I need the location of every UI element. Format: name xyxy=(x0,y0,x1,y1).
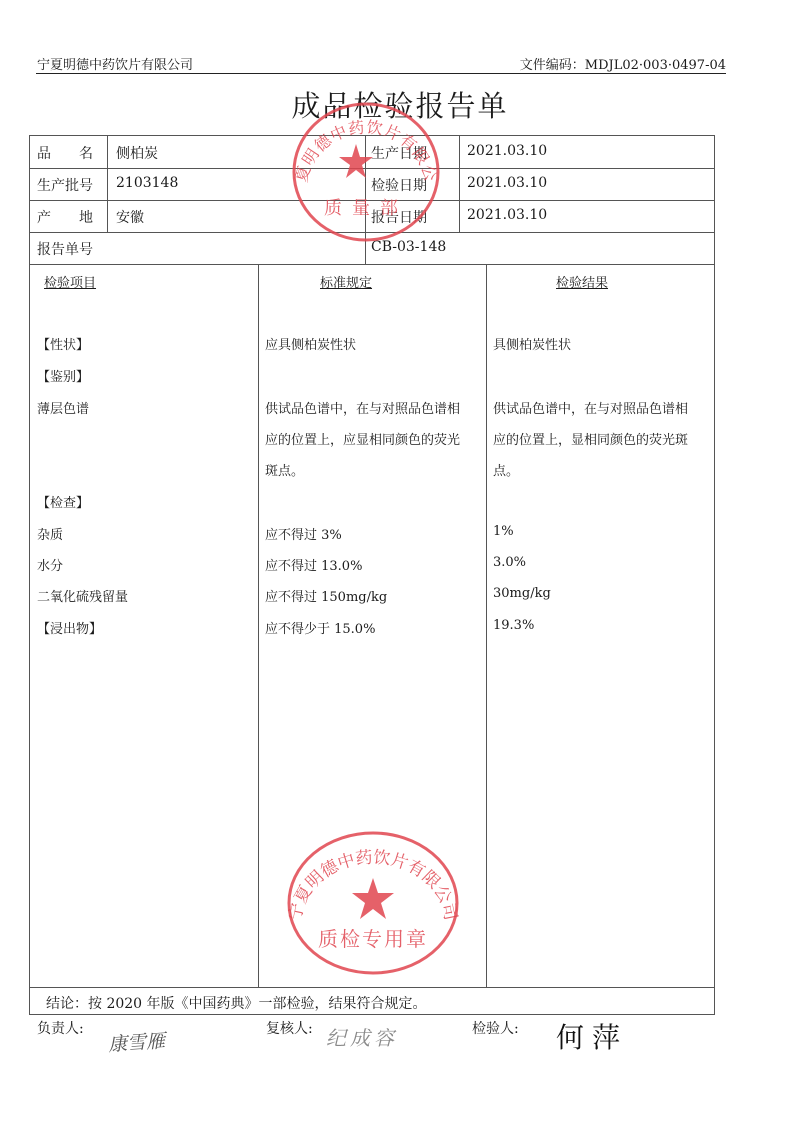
product-name-value: 侧柏炭 xyxy=(116,143,158,163)
batch-value: 2103148 xyxy=(116,175,178,191)
report-no-value: CB-03-148 xyxy=(371,239,446,255)
conclusion: 结论：按 2020 年版《中国药典》一部检验，结果符合规定。 xyxy=(46,993,427,1013)
result-cell-line: 应的位置上，显相同颜色的荧光斑 xyxy=(493,429,688,448)
result-cell: 具侧柏炭性状 xyxy=(493,334,571,353)
product-name-label: 品 名 xyxy=(37,143,101,163)
row-divider xyxy=(29,200,715,201)
col-divider xyxy=(486,264,487,987)
reviewer-signature: 纪成容 xyxy=(326,1022,398,1051)
row-divider xyxy=(29,232,715,233)
item-cell: 水分 xyxy=(37,555,63,574)
table-border-right xyxy=(714,135,715,1015)
item-cell: 杂质 xyxy=(37,524,63,543)
report-no-label: 报告单号 xyxy=(37,239,93,259)
result-cell: 3.0% xyxy=(493,555,526,570)
item-cell: 【性状】 xyxy=(37,334,89,353)
column-header-item: 检验项目 xyxy=(44,272,96,291)
production-date-value: 2021.03.10 xyxy=(467,143,547,159)
item-cell: 二氧化硫残留量 xyxy=(37,586,128,605)
svg-text:宁夏明德中药饮片有限公司: 宁夏明德中药饮片有限公司 xyxy=(286,848,461,923)
row-divider xyxy=(29,264,715,265)
table-border-bottom xyxy=(29,1014,715,1015)
standard-cell-line: 斑点。 xyxy=(265,460,304,479)
batch-label: 生产批号 xyxy=(37,175,93,195)
item-cell: 【浸出物】 xyxy=(37,618,102,637)
report-date-value: 2021.03.10 xyxy=(467,207,547,223)
standard-cell: 应不得过 3% xyxy=(265,524,342,543)
standard-cell: 应具侧柏炭性状 xyxy=(265,334,356,353)
column-header-result: 检验结果 xyxy=(556,272,608,291)
report-date-label: 报告日期 xyxy=(371,207,427,227)
col-divider xyxy=(459,135,460,232)
inspector-label: 检验人: xyxy=(472,1018,519,1038)
col-divider xyxy=(107,135,108,232)
standard-cell-line: 应的位置上，应显相同颜色的荧光 xyxy=(265,429,460,448)
result-cell: 1% xyxy=(493,524,514,539)
responsible-signature: 康雪雁 xyxy=(107,1026,166,1057)
table-border-left xyxy=(29,135,30,1015)
item-cell: 【检查】 xyxy=(37,492,89,511)
production-date-label: 生产日期 xyxy=(371,143,427,163)
standard-cell: 应不得少于 15.0% xyxy=(265,618,375,637)
col-divider xyxy=(365,135,366,264)
result-cell: 19.3% xyxy=(493,618,534,633)
star-icon xyxy=(352,878,394,919)
item-cell: 【鉴别】 xyxy=(37,366,89,385)
origin-value: 安徽 xyxy=(116,207,144,227)
table-border-top xyxy=(29,135,715,136)
svg-text:质检专用章: 质检专用章 xyxy=(318,927,428,951)
file-code: 文件编码：MDJL02·003·0497-04 xyxy=(520,54,726,73)
column-header-standard: 标准规定 xyxy=(320,272,372,291)
col-divider xyxy=(258,264,259,987)
standard-cell-line: 供试品色谱中，在与对照品色谱相 xyxy=(265,398,460,417)
company-name: 宁夏明德中药饮片有限公司 xyxy=(37,54,193,73)
inspection-date-label: 检验日期 xyxy=(371,175,427,195)
inspection-date-value: 2021.03.10 xyxy=(467,175,547,191)
reviewer-label: 复核人: xyxy=(266,1018,313,1038)
result-cell-line: 供试品色谱中，在与对照品色谱相 xyxy=(493,398,688,417)
header-divider xyxy=(36,73,726,74)
result-cell-line: 点。 xyxy=(493,460,519,479)
standard-cell: 应不得过 150mg/kg xyxy=(265,586,387,605)
standard-cell: 应不得过 13.0% xyxy=(265,555,362,574)
origin-label: 产 地 xyxy=(37,207,93,227)
qc-stamp: 宁夏明德中药饮片有限公司 质检专用章 xyxy=(283,828,463,978)
row-divider xyxy=(29,987,715,988)
responsible-label: 负责人: xyxy=(37,1018,84,1038)
star-icon xyxy=(339,144,373,178)
item-cell: 薄层色谱 xyxy=(37,398,89,417)
document-title: 成品检验报告单 xyxy=(0,84,800,125)
result-cell: 30mg/kg xyxy=(493,586,551,601)
inspector-signature: 何萍 xyxy=(556,1016,628,1056)
row-divider xyxy=(29,168,715,169)
